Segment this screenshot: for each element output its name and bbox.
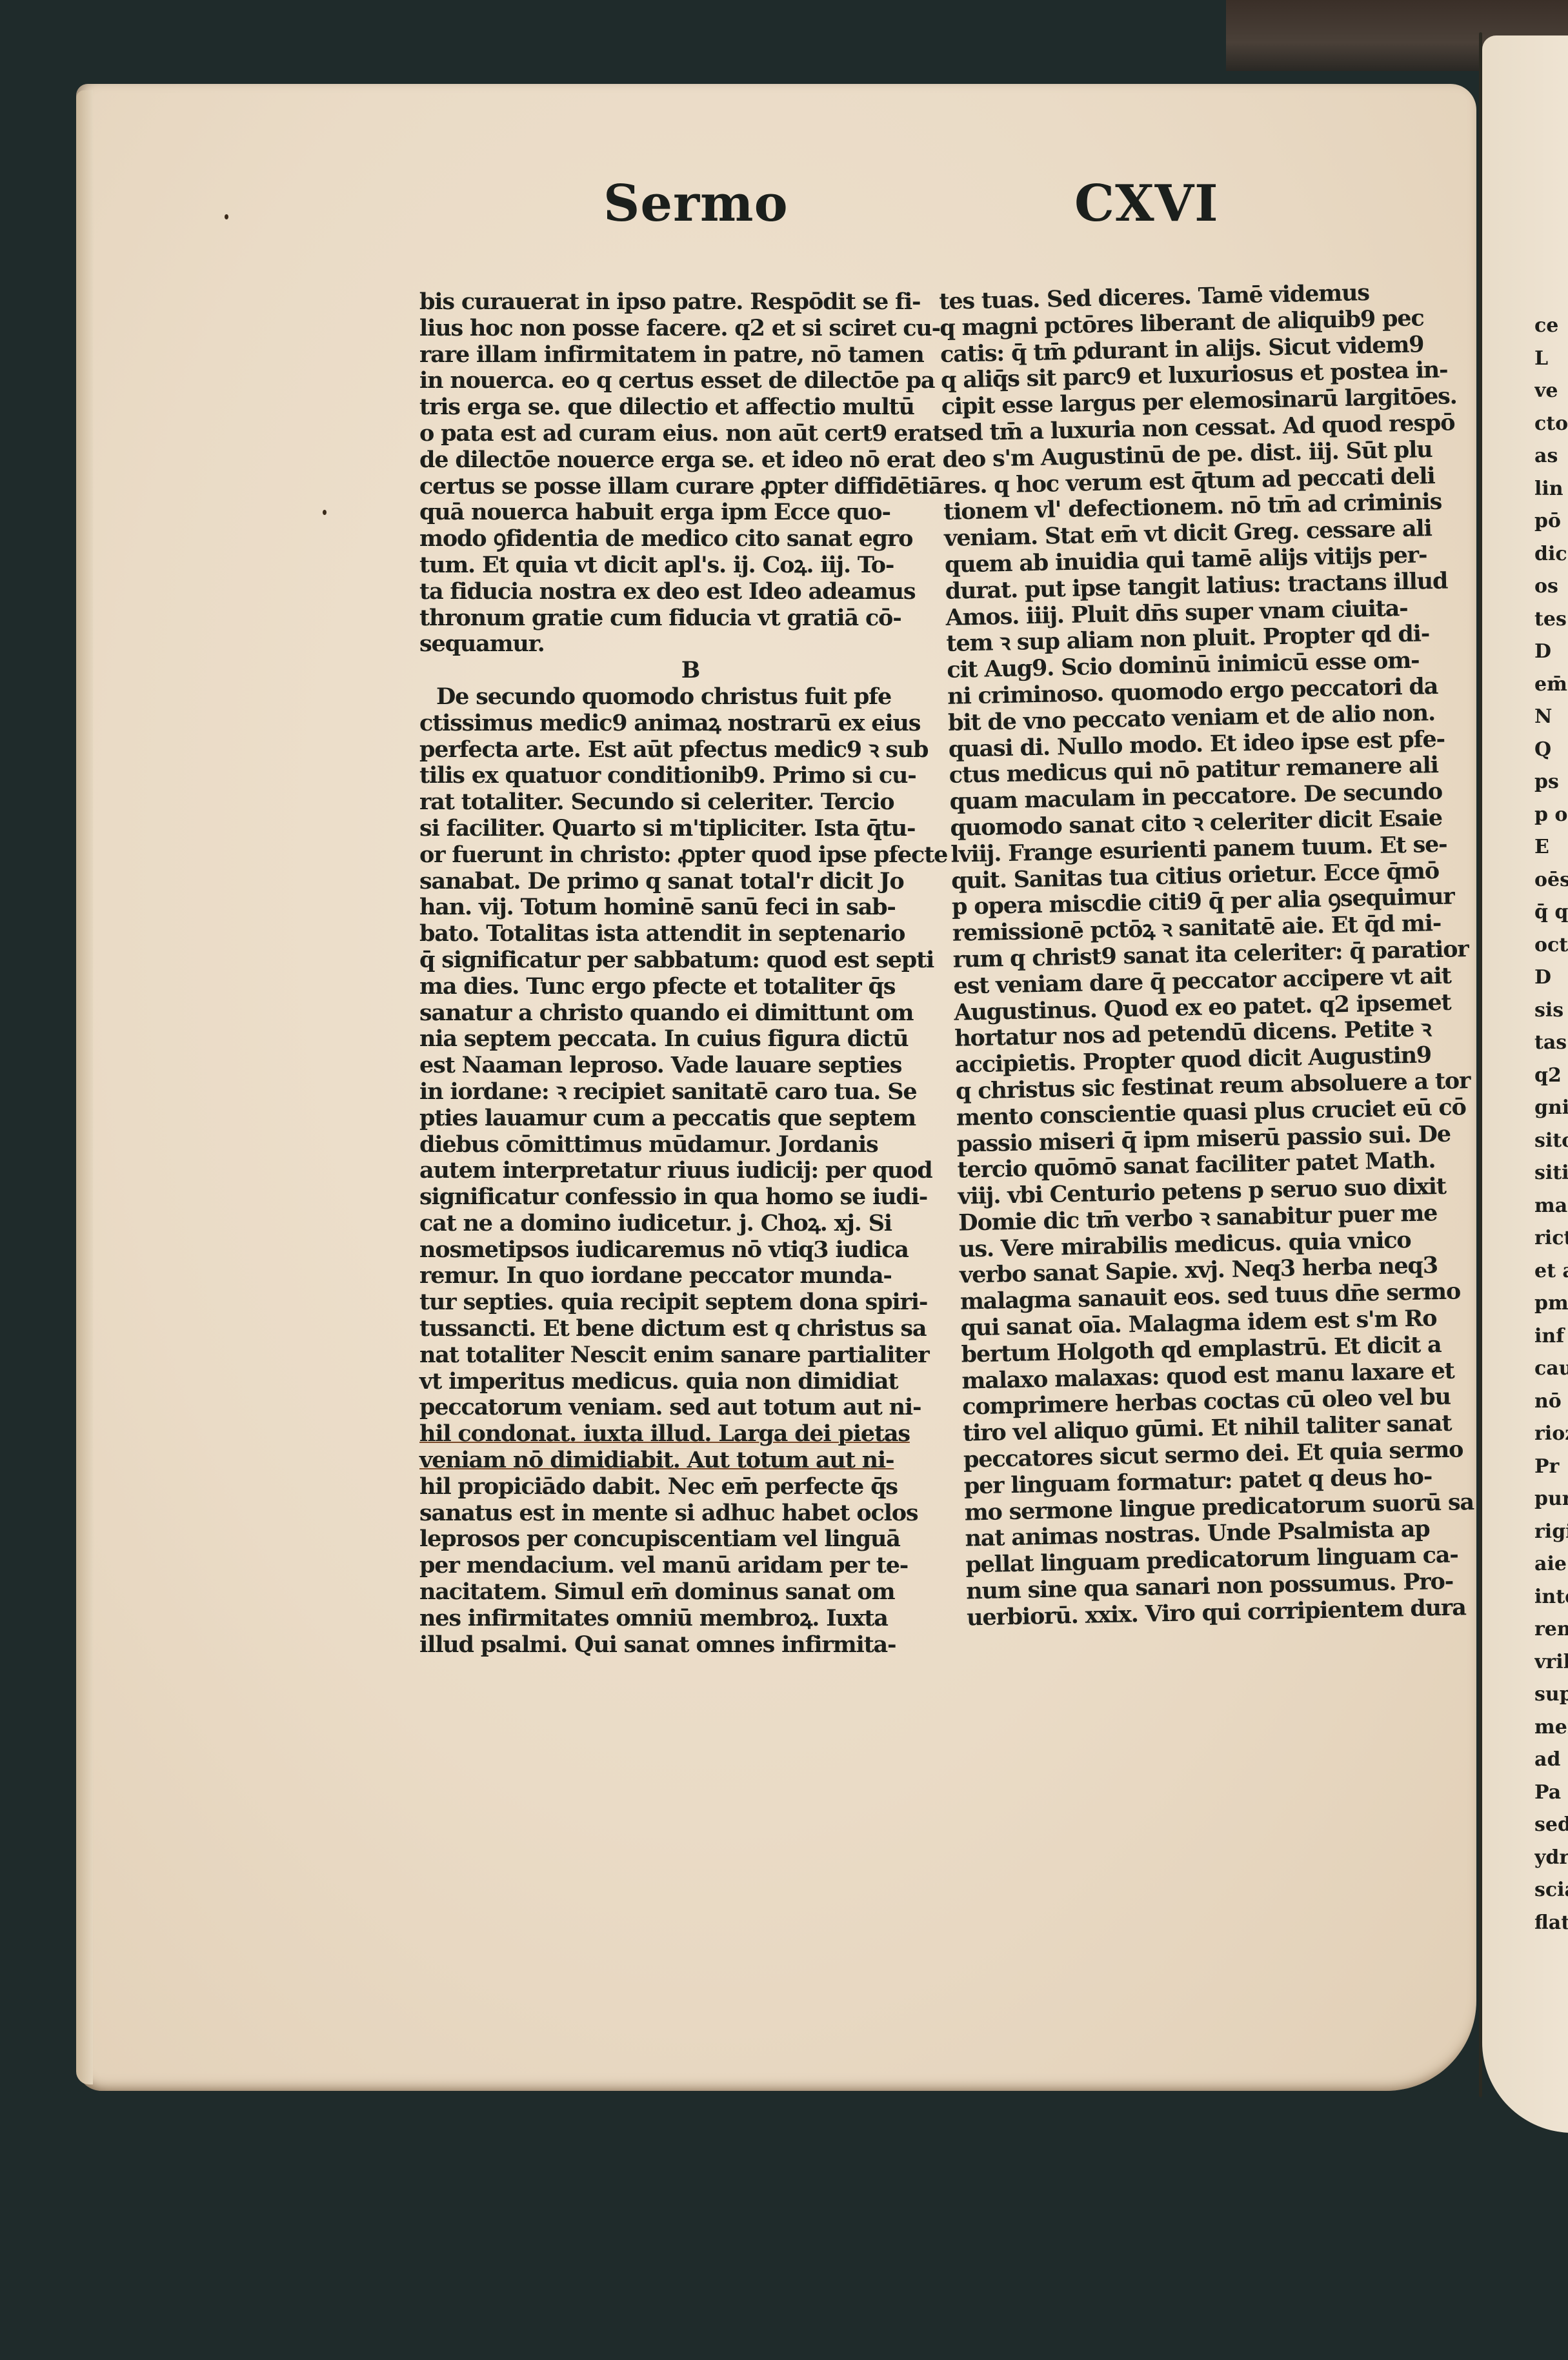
facing-fragment: gni <box>1534 1092 1568 1125</box>
text-line: significatur confessio in qua homo se iu… <box>419 1184 910 1211</box>
facing-fragment: L <box>1534 343 1568 376</box>
text-line: veniam nō dimidiabit. Aut totum aut ni- <box>419 1447 910 1474</box>
text-line: tussancti. Et bene dictum est q christus… <box>419 1316 910 1342</box>
facing-fragment: em̄ <box>1534 669 1568 701</box>
text-line: B <box>419 658 910 684</box>
text-line: han. vij. Totum hominē sanū feci in sab- <box>419 894 910 921</box>
facing-fragment: E <box>1534 831 1568 864</box>
text-line: remur. In quo iordane peccator munda- <box>419 1263 910 1289</box>
text-line: nes infirmitates omniū membroꝝ. Iuxta <box>419 1606 910 1632</box>
facing-fragment: N <box>1534 701 1568 734</box>
facing-fragment: ve <box>1534 375 1568 408</box>
facing-fragment: oct <box>1534 929 1568 962</box>
facing-fragment: os <box>1534 570 1568 603</box>
facing-fragment: ps <box>1534 766 1568 799</box>
text-line: ta fiducia nostra ex deo est Ideo adeamu… <box>419 579 910 605</box>
facing-fragment: ce <box>1534 310 1568 343</box>
text-line: sanatur a christo quando ei dimittunt om <box>419 1000 910 1027</box>
text-line: certus se posse illam curare ꝓpter diffi… <box>419 474 910 500</box>
facing-fragment: tas <box>1534 1027 1568 1060</box>
text-line: hil propiciādo dabit. Nec em̄ perfecte q… <box>419 1474 910 1500</box>
facing-fragment: men <box>1534 1711 1568 1744</box>
text-line: rare illam infirmitatem in patre, nō tam… <box>419 342 910 368</box>
text-line: leprosos per concupiscentiam vel linguā <box>419 1526 910 1553</box>
text-line: ctissimus medic9 animaꝝ nostrarū ex eius <box>419 711 910 737</box>
text-line: lius hoc non posse facere. q2 et si scir… <box>419 316 910 342</box>
gutter-line <box>1479 32 1482 2097</box>
facing-fragment: flat <box>1534 1907 1568 1940</box>
text-line: rat totaliter. Secundo si celeriter. Ter… <box>419 789 910 816</box>
text-line: est Naaman leproso. Vade lauare septies <box>419 1053 910 1079</box>
text-line: nosmetipsos iudicaremus nō vtiq3 iudica <box>419 1237 910 1264</box>
facing-fragment: Pr <box>1534 1451 1568 1484</box>
facing-fragment: ma <box>1534 1190 1568 1223</box>
facing-fragment: sitil <box>1534 1157 1568 1190</box>
facing-fragment: D <box>1534 636 1568 669</box>
text-line: cat ne a domino iudicetur. j. Choꝝ. xj. … <box>419 1211 910 1237</box>
facing-fragment: p o <box>1534 799 1568 832</box>
facing-fragment: pō <box>1534 505 1568 538</box>
text-column-right: tes tuas. Sed diceres. Tamē videmusq mag… <box>939 279 1463 1631</box>
text-line: de dilectōe nouerce erga se. et ideo nō … <box>419 447 910 474</box>
text-line: sequamur. <box>419 631 910 658</box>
text-line: o pata est ad curam eius. non aūt cert9 … <box>419 421 910 447</box>
facing-fragment: q̄ q <box>1534 896 1568 929</box>
facing-fragment: Q <box>1534 734 1568 767</box>
text-line: vt imperitus medicus. quia non dimidiat <box>419 1369 910 1395</box>
text-line: tur septies. quia recipit septem dona sp… <box>419 1289 910 1316</box>
text-line: in nouerca. eo q certus esset de dilectō… <box>419 368 910 394</box>
text-line: tilis ex quatuor conditionib9. Primo si … <box>419 763 910 789</box>
facing-fragment: cau <box>1534 1353 1568 1386</box>
running-head-right: CXVI <box>1074 174 1219 233</box>
text-line: si faciliter. Quarto si m'tipliciter. Is… <box>419 816 910 842</box>
text-line: tris erga se. que dilectio et affectio m… <box>419 394 910 421</box>
facing-fragment: inf <box>1534 1320 1568 1353</box>
text-line: bis curauerat in ipso patre. Respōdit se… <box>419 289 910 316</box>
running-head-left: Sermo <box>603 174 789 233</box>
facing-fragment: sito <box>1534 1125 1568 1158</box>
facing-fragment: pm <box>1534 1287 1568 1320</box>
text-line: sanatus est in mente si adhuc habet oclo… <box>419 1500 910 1527</box>
text-line: pties lauamur cum a peccatis que septem <box>419 1105 910 1132</box>
facing-fragment: lin <box>1534 473 1568 506</box>
facing-fragment: ydr <box>1534 1842 1568 1875</box>
text-line: tum. Et quia vt dicit apl's. ij. Coꝝ. ii… <box>419 552 910 579</box>
text-line: quā nouerca habuit erga ipm Ecce quo- <box>419 499 910 526</box>
facing-fragment: scia <box>1534 1874 1568 1907</box>
text-line: nat totaliter Nescit enim sanare partial… <box>419 1342 910 1369</box>
facing-fragment: Pa <box>1534 1777 1568 1810</box>
facing-fragment: oēs <box>1534 864 1568 897</box>
facing-fragment: inte <box>1534 1581 1568 1614</box>
facing-fragment: rict <box>1534 1222 1568 1255</box>
text-line: per mendacium. vel manū aridam per te- <box>419 1553 910 1579</box>
text-line: sanabat. De primo q sanat total'r dicit … <box>419 869 910 895</box>
text-line: in iordane: ꝛ recipiet sanitatē caro tua… <box>419 1079 910 1105</box>
text-line: diebus cōmittimus mūdamur. Jordanis <box>419 1132 910 1158</box>
text-line: peccatorum veniam. sed aut totum aut ni- <box>419 1395 910 1421</box>
facing-fragment: rigi <box>1534 1516 1568 1549</box>
text-line: hil condonat. iuxta illud. Larga dei pie… <box>419 1421 910 1447</box>
facing-fragment: as <box>1534 440 1568 473</box>
text-line: ma dies. Tunc ergo pfecte et totaliter q… <box>419 974 910 1000</box>
facing-fragment: dic <box>1534 538 1568 571</box>
facing-fragment: nō <box>1534 1386 1568 1418</box>
facing-fragment: aie <box>1534 1548 1568 1581</box>
text-line: autem interpretatur riuus iudicij: per q… <box>419 1158 910 1184</box>
facing-fragment: et a <box>1534 1255 1568 1288</box>
facing-fragment: cto <box>1534 408 1568 441</box>
ink-spot <box>323 510 327 515</box>
facing-fragment: D <box>1534 962 1568 994</box>
facing-fragment: sed <box>1534 1809 1568 1842</box>
text-line: perfecta arte. Est aūt pfectus medic9 ꝛ … <box>419 737 910 763</box>
facing-fragment: q2 <box>1534 1060 1568 1093</box>
facing-page-text: ceLvectoaslinpōdicostesDem̄NQpsp oEoēsq̄… <box>1534 310 1568 1939</box>
text-line: q̄ significatur per sabbatum: quod est s… <box>419 947 910 974</box>
facing-fragment: sis <box>1534 994 1568 1027</box>
text-line: nacitatem. Simul em̄ dominus sanat om <box>419 1579 910 1606</box>
facing-fragment: pur <box>1534 1483 1568 1516</box>
facing-fragment: vril <box>1534 1646 1568 1679</box>
facing-fragment: rioz <box>1534 1418 1568 1451</box>
text-line: nia septem peccata. In cuius figura dict… <box>419 1026 910 1053</box>
facing-fragment: rem <box>1534 1613 1568 1646</box>
text-line: or fuerunt in christo: ꝓpter quod ipse p… <box>419 842 910 869</box>
text-line: De secundo quomodo christus fuit pfe <box>419 684 910 711</box>
text-line: illud psalmi. Qui sanat omnes infirmita- <box>419 1632 910 1659</box>
text-line: thronum gratie cum fiducia vt gratiā cō- <box>419 605 910 632</box>
ink-spot <box>225 214 228 219</box>
facing-fragment: sup <box>1534 1679 1568 1711</box>
page-edge <box>76 90 93 2084</box>
text-line: bato. Totalitas ista attendit in septena… <box>419 921 910 947</box>
text-column-left: bis curauerat in ipso patre. Respōdit se… <box>419 289 910 1658</box>
text-line: modo ꝯfidentia de medico cito sanat egro <box>419 526 910 552</box>
facing-fragment: ad <box>1534 1744 1568 1777</box>
facing-fragment: tes <box>1534 603 1568 636</box>
